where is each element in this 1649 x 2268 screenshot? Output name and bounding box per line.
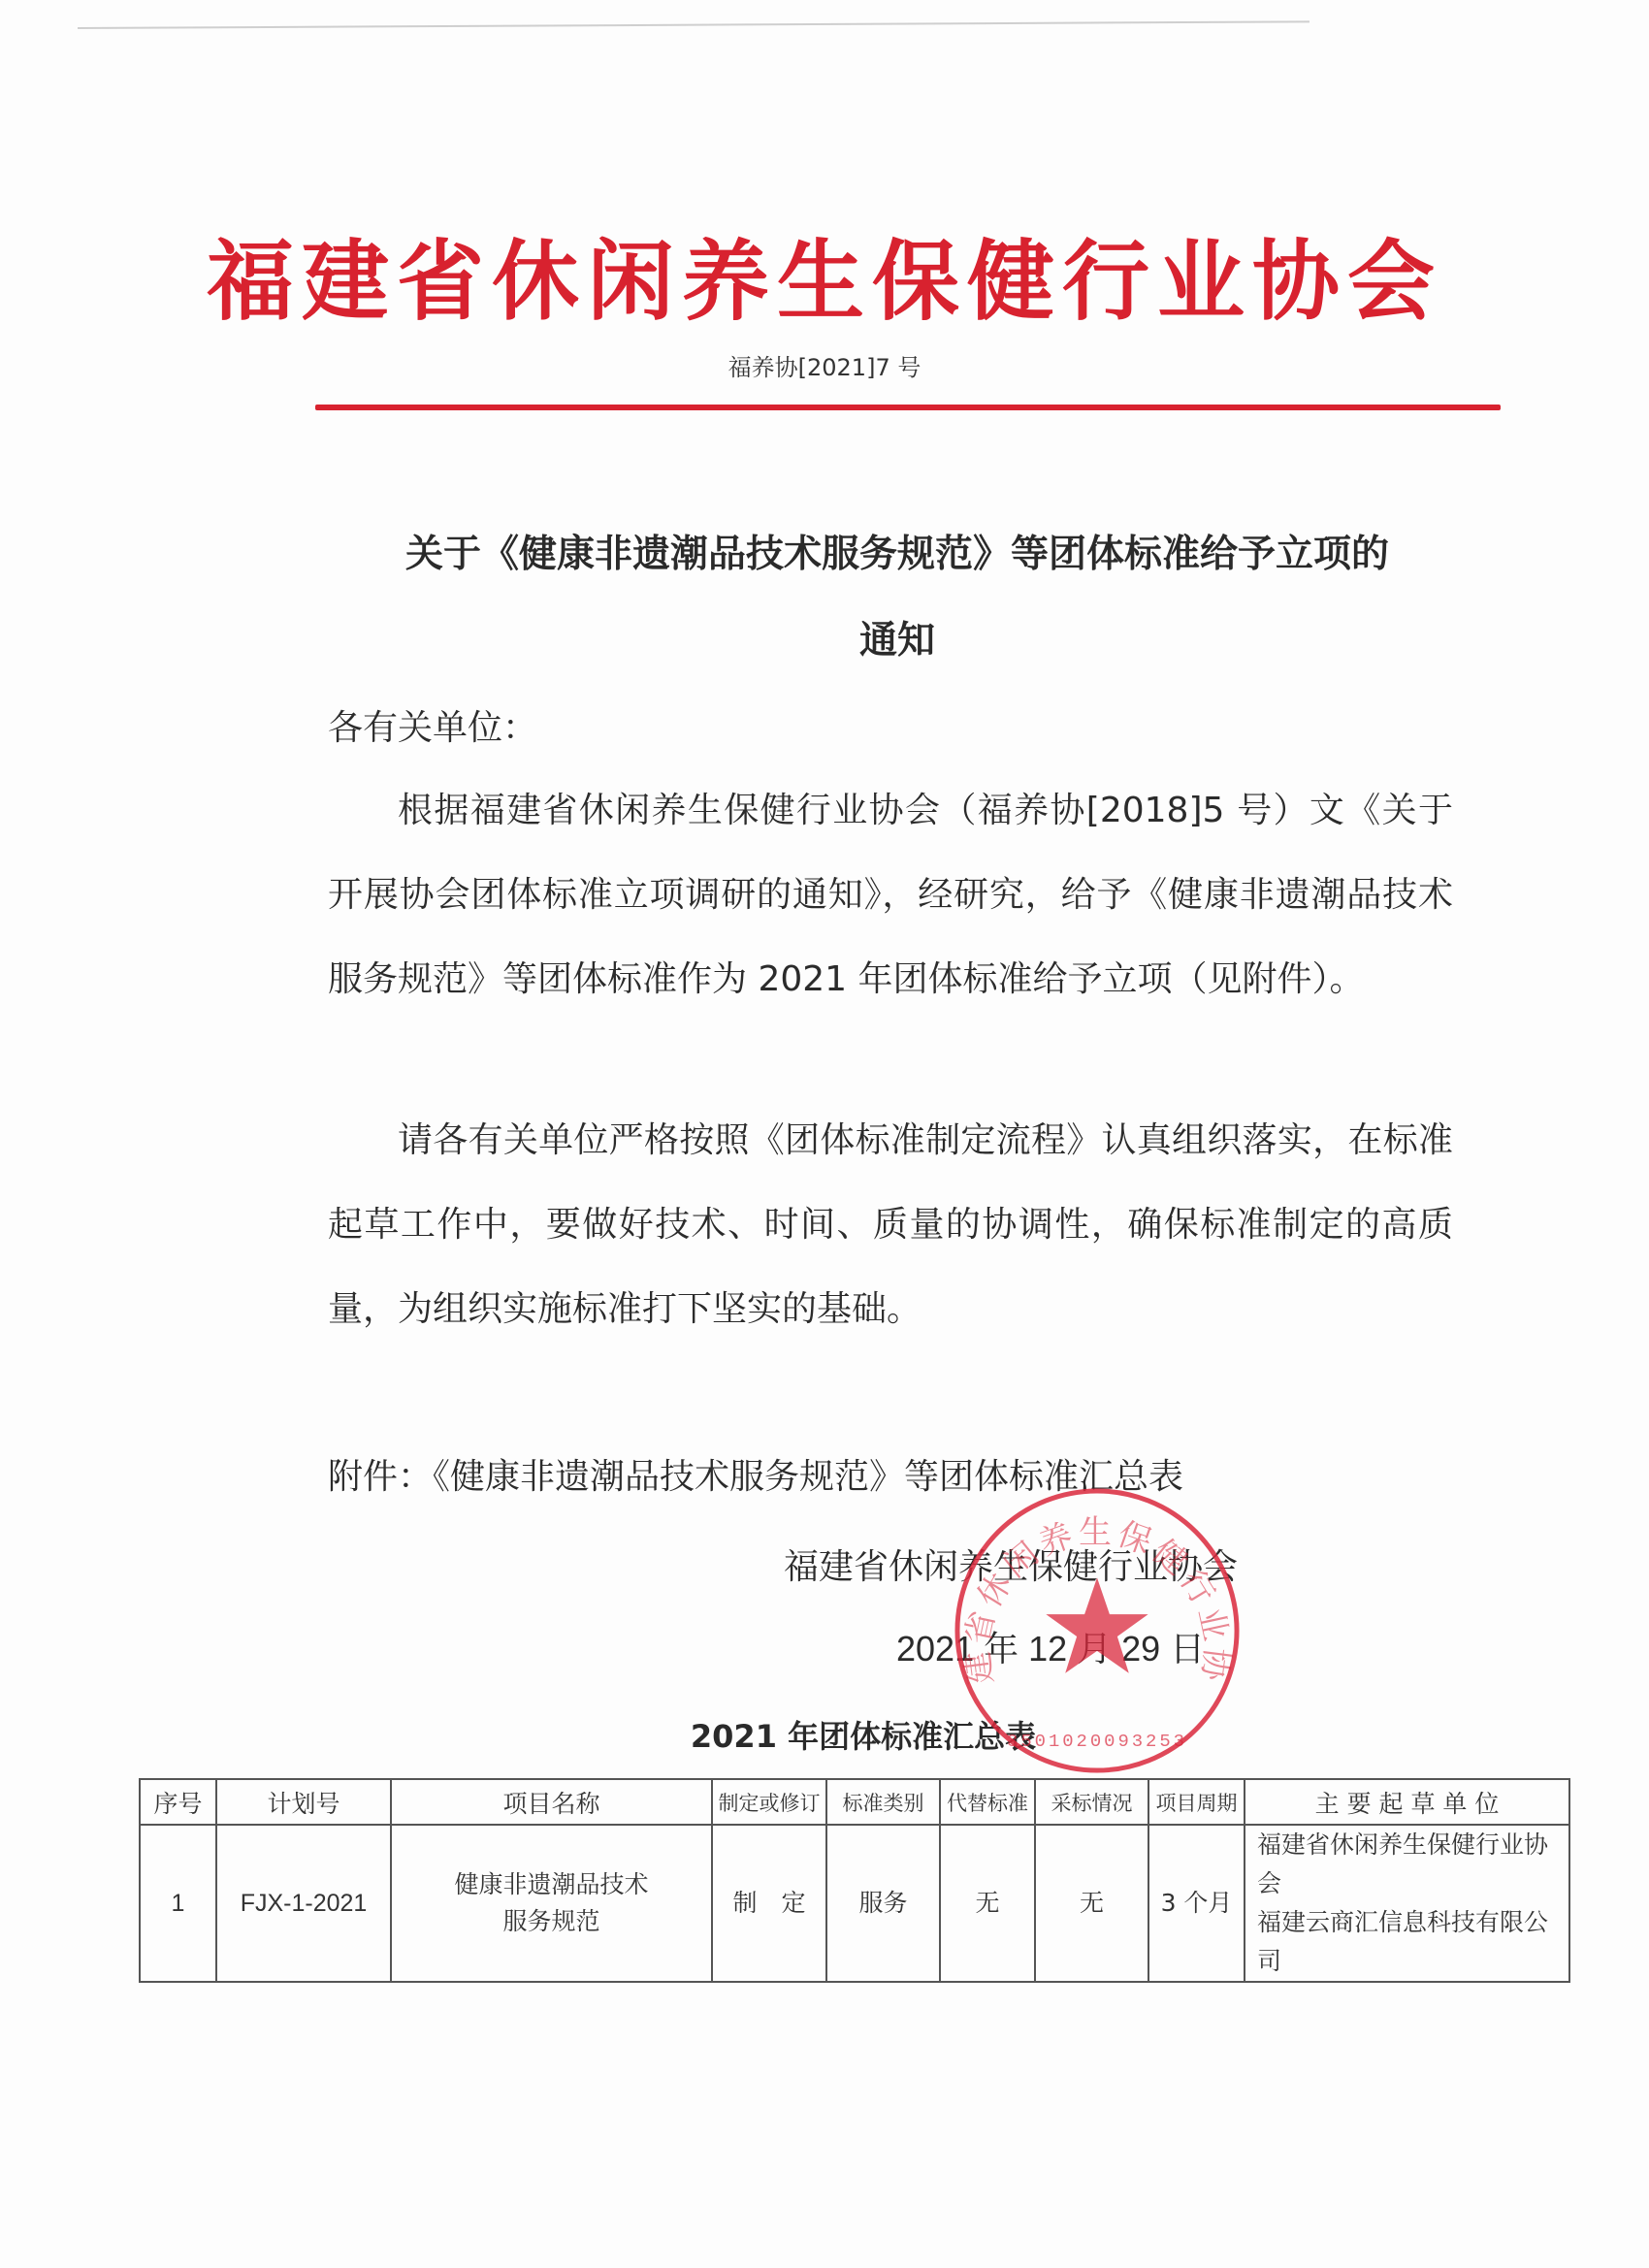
header-index: 序号 [140, 1779, 216, 1825]
cell-plan-no: FJX-1-2021 [216, 1825, 391, 1982]
header-category: 标准类别 [826, 1779, 940, 1825]
cell-index: 1 [140, 1825, 216, 1982]
cell-category: 服务 [826, 1825, 940, 1982]
document-number: 福养协[2021]7 号 [0, 353, 1649, 382]
project-name-line1: 健康非遗潮品技术 [392, 1866, 711, 1903]
cell-adoption: 无 [1035, 1825, 1148, 1982]
summary-table-title: 2021 年团体标准汇总表 [582, 1717, 1145, 1756]
table-row: 1 FJX-1-2021 健康非遗潮品技术 服务规范 制 定 服务 无 无 3 … [140, 1825, 1569, 1982]
cell-period: 3 个月 [1148, 1825, 1245, 1982]
drafter-1: 福建省休闲养生保健行业协会 [1257, 1826, 1568, 1903]
table-header-row: 序号 计划号 项目名称 制定或修订 标准类别 代替标准 采标情况 项目周期 主 … [140, 1779, 1569, 1825]
cell-type: 制 定 [712, 1825, 826, 1982]
header-replaces: 代替标准 [940, 1779, 1035, 1825]
cell-replaces: 无 [940, 1825, 1035, 1982]
drafter-2: 福建云商汇信息科技有限公司 [1257, 1903, 1568, 1981]
project-name-line2: 服务规范 [392, 1903, 711, 1940]
header-plan-no: 计划号 [216, 1779, 391, 1825]
signature-date: 2021 年 12 月 29 日 [896, 1627, 1205, 1671]
scan-artifact-line [78, 20, 1309, 29]
annex-reference: 附件：《健康非遗潮品技术服务规范》等团体标准汇总表 [328, 1455, 1183, 1500]
header-type: 制定或修订 [712, 1779, 826, 1825]
header-drafters: 主 要 起 草 单 位 [1245, 1779, 1569, 1825]
cell-project-name: 健康非遗潮品技术 服务规范 [391, 1825, 712, 1982]
notice-title-line1: 关于《健康非遗潮品技术服务规范》等团体标准给予立项的 [310, 531, 1484, 579]
letterhead-divider [315, 405, 1501, 410]
header-project-name: 项目名称 [391, 1779, 712, 1825]
header-adoption: 采标情况 [1035, 1779, 1148, 1825]
cell-drafters: 福建省休闲养生保健行业协会 福建云商汇信息科技有限公司 [1245, 1825, 1569, 1982]
notice-title-line2: 通知 [310, 617, 1484, 665]
organization-letterhead: 福建省休闲养生保健行业协会 [0, 229, 1649, 336]
body-paragraph-1: 根据福建省休闲养生保健行业协会（福养协[2018]5 号）文《关于开展协会团体标… [328, 768, 1453, 1021]
signature-organization: 福建省休闲养生保健行业协会 [784, 1545, 1238, 1590]
header-period: 项目周期 [1148, 1779, 1245, 1825]
standards-summary-table: 序号 计划号 项目名称 制定或修订 标准类别 代替标准 采标情况 项目周期 主 … [139, 1778, 1570, 1983]
body-paragraph-2: 请各有关单位严格按照《团体标准制定流程》认真组织落实，在标准起草工作中，要做好技… [328, 1098, 1453, 1351]
salutation: 各有关单位： [328, 706, 537, 751]
